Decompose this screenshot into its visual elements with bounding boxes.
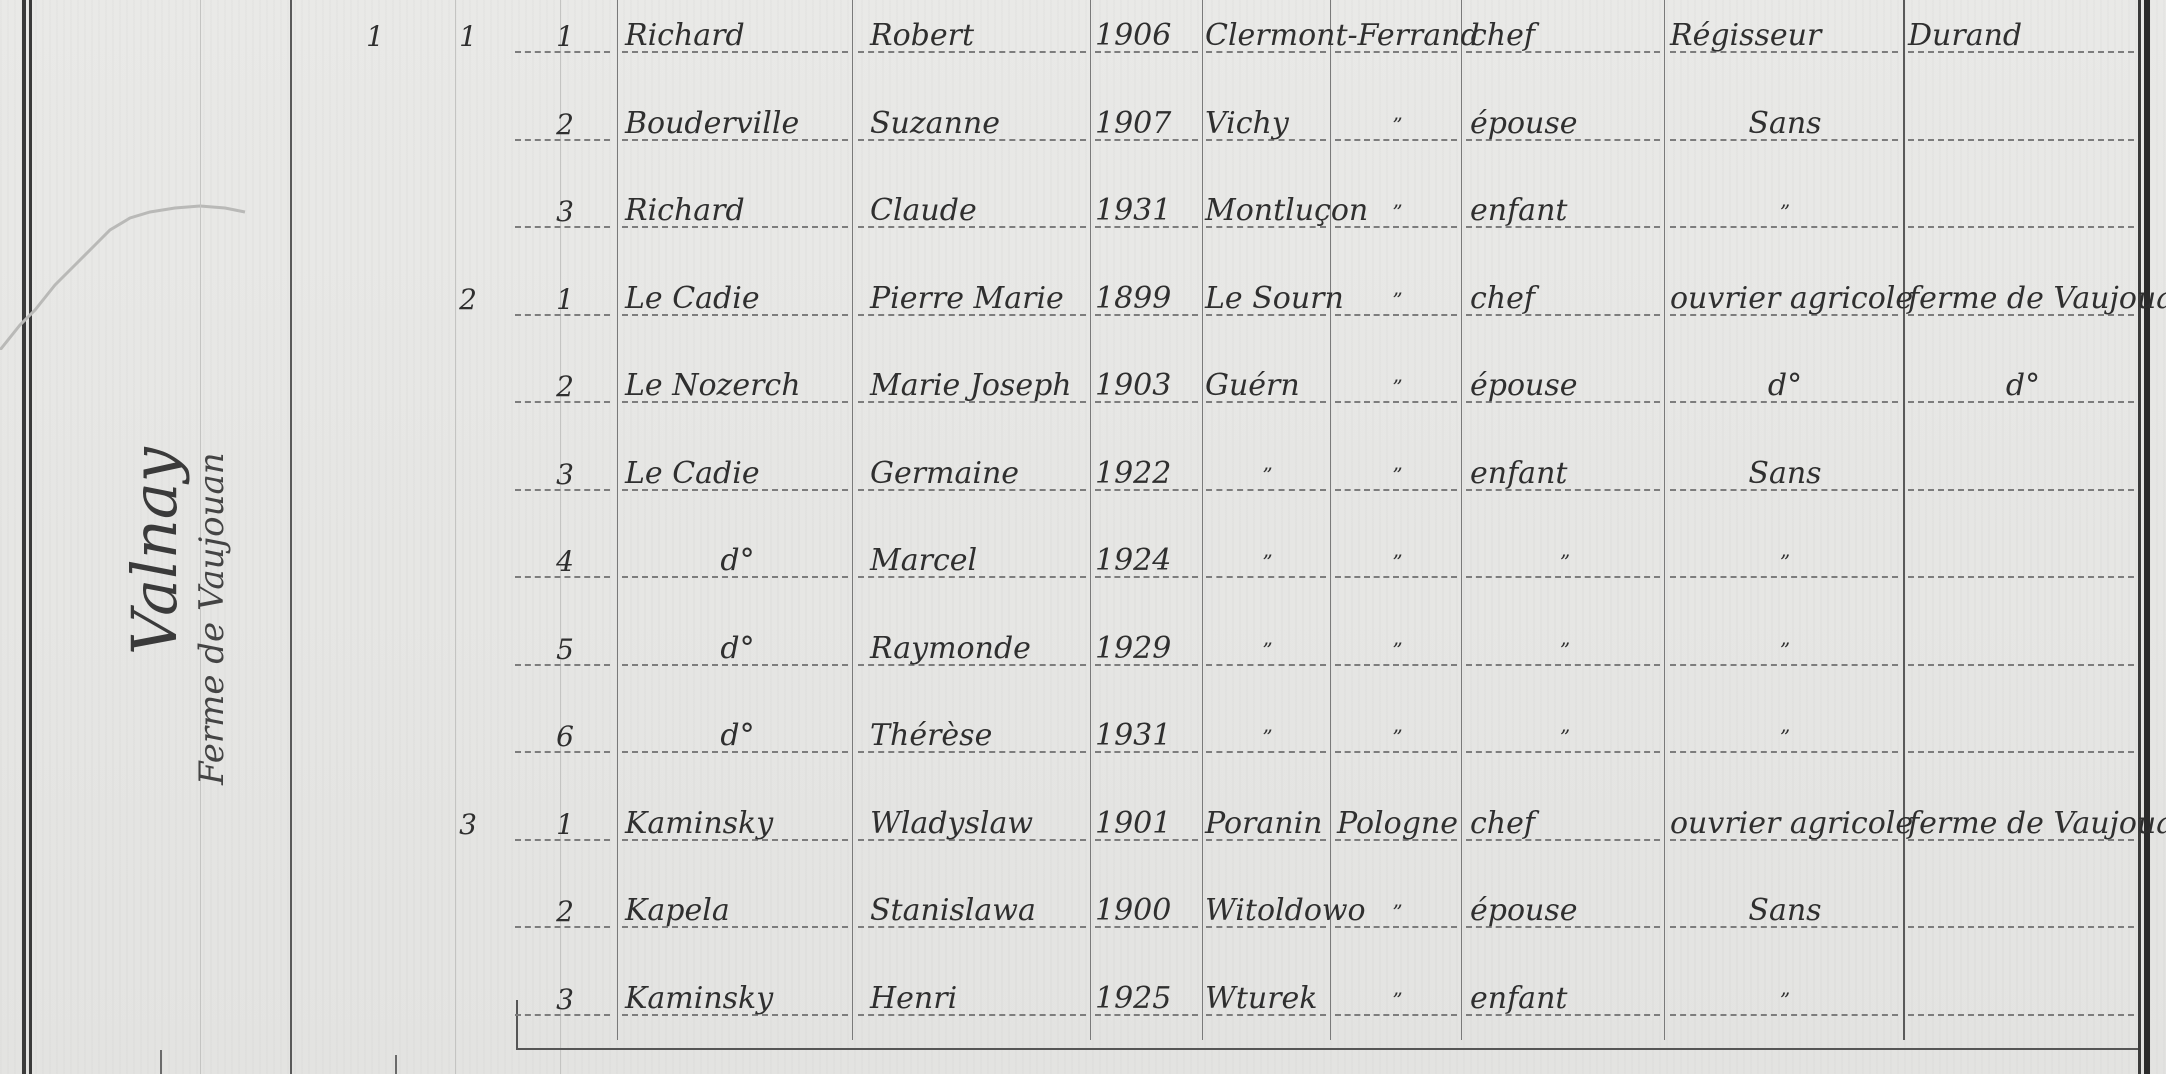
cell-occupation: ” bbox=[1670, 727, 1900, 747]
cell-birthplace: Le Sourn bbox=[1205, 284, 1330, 314]
cell-birthplace: ” bbox=[1205, 552, 1330, 572]
cell-person-no: 2 bbox=[515, 111, 615, 139]
cell-person-no: 2 bbox=[515, 898, 615, 926]
row-rule bbox=[1335, 489, 1457, 491]
cell-given-name: Marie Joseph bbox=[870, 371, 1085, 401]
bottom-rule bbox=[516, 1048, 2138, 1050]
row-rule bbox=[1908, 576, 2134, 578]
row-rule bbox=[1908, 926, 2134, 928]
cell-given-name: Germaine bbox=[870, 459, 1085, 489]
row-rule bbox=[1670, 576, 1898, 578]
column-divider bbox=[1461, 0, 1462, 1040]
guide-line bbox=[455, 0, 456, 1074]
row-rule bbox=[1335, 751, 1457, 753]
row-rule bbox=[1335, 576, 1457, 578]
row-rule bbox=[1335, 226, 1457, 228]
cell-birth-year: 1901 bbox=[1095, 809, 1200, 839]
column-divider bbox=[1090, 0, 1091, 1040]
cell-occupation: d° bbox=[1670, 371, 1900, 401]
cell-birth-year: 1899 bbox=[1095, 284, 1200, 314]
cell-occupation: ouvrier agricole bbox=[1670, 284, 1900, 314]
cell-nationality: ” bbox=[1335, 990, 1460, 1010]
cell-nationality: ” bbox=[1335, 290, 1460, 310]
row-rule bbox=[1206, 751, 1326, 753]
cell-household-no: 3 bbox=[448, 811, 488, 839]
column-divider bbox=[852, 0, 853, 1040]
lower-tick bbox=[395, 1055, 397, 1074]
cell-occupation: ” bbox=[1670, 990, 1900, 1010]
cell-nationality: ” bbox=[1335, 202, 1460, 222]
commune-name: Valnay bbox=[118, 447, 191, 655]
cell-relation: ” bbox=[1470, 552, 1660, 572]
cell-birthplace: ” bbox=[1205, 465, 1330, 485]
cell-relation: chef bbox=[1470, 809, 1660, 839]
cell-surname: Le Cadie bbox=[625, 284, 850, 314]
cell-birthplace: Poranin bbox=[1205, 809, 1330, 839]
column-divider bbox=[1664, 0, 1665, 1040]
cell-surname: Le Cadie bbox=[625, 459, 850, 489]
cell-relation: chef bbox=[1470, 284, 1660, 314]
cell-surname: d° bbox=[625, 721, 850, 751]
cell-given-name: Thérèse bbox=[870, 721, 1085, 751]
cell-given-name: Marcel bbox=[870, 546, 1085, 576]
row-rule bbox=[1335, 314, 1457, 316]
cell-person-no: 4 bbox=[515, 548, 615, 576]
cell-person-no: 1 bbox=[515, 811, 615, 839]
cell-birth-year: 1922 bbox=[1095, 459, 1200, 489]
row-rule bbox=[1466, 751, 1660, 753]
cell-birthplace: Vichy bbox=[1205, 109, 1330, 139]
cell-household-no: 2 bbox=[448, 286, 488, 314]
cell-birthplace: ” bbox=[1205, 640, 1330, 660]
cell-relation: enfant bbox=[1470, 459, 1660, 489]
cell-surname: Bouderville bbox=[625, 109, 850, 139]
row-rule bbox=[1670, 664, 1898, 666]
cell-nationality: ” bbox=[1335, 552, 1460, 572]
farm-location: Ferme de Vaujouan bbox=[192, 452, 232, 785]
cell-occupation: Sans bbox=[1670, 896, 1900, 926]
cell-person-no: 3 bbox=[515, 986, 615, 1014]
cell-birthplace: Wturek bbox=[1205, 984, 1330, 1014]
cell-person-no: 1 bbox=[515, 286, 615, 314]
column-divider bbox=[290, 0, 292, 1074]
cell-nationality: ” bbox=[1335, 377, 1460, 397]
cell-surname: Kaminsky bbox=[625, 984, 850, 1014]
row-rule bbox=[1908, 664, 2134, 666]
row-rule bbox=[1335, 139, 1457, 141]
cell-employer: d° bbox=[1908, 371, 2138, 401]
row-rule bbox=[1335, 926, 1457, 928]
lower-tick bbox=[160, 1050, 162, 1074]
cell-surname: d° bbox=[625, 634, 850, 664]
row-rule bbox=[1908, 1014, 2134, 1016]
cell-given-name: Claude bbox=[870, 196, 1085, 226]
cell-birthplace: Witoldowo bbox=[1205, 896, 1330, 926]
cell-birthplace: Guérn bbox=[1205, 371, 1330, 401]
cell-surname: Le Nozerch bbox=[625, 371, 850, 401]
column-divider bbox=[617, 0, 618, 1040]
cell-person-no: 2 bbox=[515, 373, 615, 401]
cell-nationality: ” bbox=[1335, 727, 1460, 747]
cell-given-name: Suzanne bbox=[870, 109, 1085, 139]
cell-relation: ” bbox=[1470, 727, 1660, 747]
cell-occupation: ” bbox=[1670, 640, 1900, 660]
cell-nationality: ” bbox=[1335, 902, 1460, 922]
row-rule bbox=[1908, 226, 2134, 228]
cell-given-name: Raymonde bbox=[870, 634, 1085, 664]
cell-employer: ferme de Vaujouan bbox=[1908, 809, 2138, 839]
row-rule bbox=[1908, 139, 2134, 141]
cell-surname: Richard bbox=[625, 196, 850, 226]
cell-surname: Kapela bbox=[625, 896, 850, 926]
cell-surname: d° bbox=[625, 546, 850, 576]
cell-nationality: ” bbox=[1335, 115, 1460, 135]
cell-person-no: 3 bbox=[515, 198, 615, 226]
cell-person-no: 3 bbox=[515, 461, 615, 489]
cell-person-no: 5 bbox=[515, 636, 615, 664]
cell-birth-year: 1929 bbox=[1095, 634, 1200, 664]
cell-nationality: Pologne bbox=[1335, 809, 1460, 839]
row-rule bbox=[1670, 751, 1898, 753]
cell-given-name: Pierre Marie bbox=[870, 284, 1085, 314]
cell-person-no: 6 bbox=[515, 723, 615, 751]
cell-relation: enfant bbox=[1470, 984, 1660, 1014]
cell-birthplace: ” bbox=[1205, 727, 1330, 747]
row-rule bbox=[1335, 401, 1457, 403]
cell-occupation: Sans bbox=[1670, 109, 1900, 139]
cell-relation: épouse bbox=[1470, 896, 1660, 926]
cell-nationality: ” bbox=[1335, 640, 1460, 660]
table-row: 3KaminskyHenri1925Wturek”enfant” bbox=[0, 0, 2166, 88]
cell-birth-year: 1925 bbox=[1095, 984, 1200, 1014]
row-rule bbox=[1335, 664, 1457, 666]
cell-birth-year: 1907 bbox=[1095, 109, 1200, 139]
row-rule bbox=[1206, 664, 1326, 666]
cell-birth-year: 1900 bbox=[1095, 896, 1200, 926]
cell-birth-year: 1924 bbox=[1095, 546, 1200, 576]
cell-occupation: ” bbox=[1670, 202, 1900, 222]
cell-nationality: ” bbox=[1335, 465, 1460, 485]
cell-employer: ferme de Vaujouan bbox=[1908, 284, 2138, 314]
cell-given-name: Wladyslaw bbox=[870, 809, 1085, 839]
column-divider bbox=[1330, 0, 1331, 1040]
row-rule bbox=[1466, 664, 1660, 666]
cell-birth-year: 1903 bbox=[1095, 371, 1200, 401]
cell-occupation: Sans bbox=[1670, 459, 1900, 489]
column-divider bbox=[1903, 0, 1905, 1040]
cell-relation: ” bbox=[1470, 640, 1660, 660]
row-rule bbox=[1206, 489, 1326, 491]
column-divider bbox=[1202, 0, 1203, 1040]
cell-given-name: Henri bbox=[870, 984, 1085, 1014]
cell-birthplace: Montluçon bbox=[1205, 196, 1330, 226]
cell-occupation: ouvrier agricole bbox=[1670, 809, 1900, 839]
row-rule bbox=[1335, 1014, 1457, 1016]
cell-birth-year: 1931 bbox=[1095, 196, 1200, 226]
row-rule bbox=[1206, 576, 1326, 578]
cell-surname: Kaminsky bbox=[625, 809, 850, 839]
cell-given-name: Stanislawa bbox=[870, 896, 1085, 926]
paper-tear-mark bbox=[0, 150, 300, 350]
register-page: Valnay Ferme de Vaujouan 111RichardRober… bbox=[0, 0, 2166, 1074]
row-rule bbox=[1466, 576, 1660, 578]
cell-relation: enfant bbox=[1470, 196, 1660, 226]
row-rule bbox=[1908, 489, 2134, 491]
right-page-border bbox=[2138, 0, 2150, 1074]
row-rule bbox=[1908, 751, 2134, 753]
cell-birth-year: 1931 bbox=[1095, 721, 1200, 751]
cell-relation: épouse bbox=[1470, 109, 1660, 139]
cell-occupation: ” bbox=[1670, 552, 1900, 572]
cell-relation: épouse bbox=[1470, 371, 1660, 401]
row-rule bbox=[1670, 1014, 1898, 1016]
row-rule bbox=[1670, 226, 1898, 228]
